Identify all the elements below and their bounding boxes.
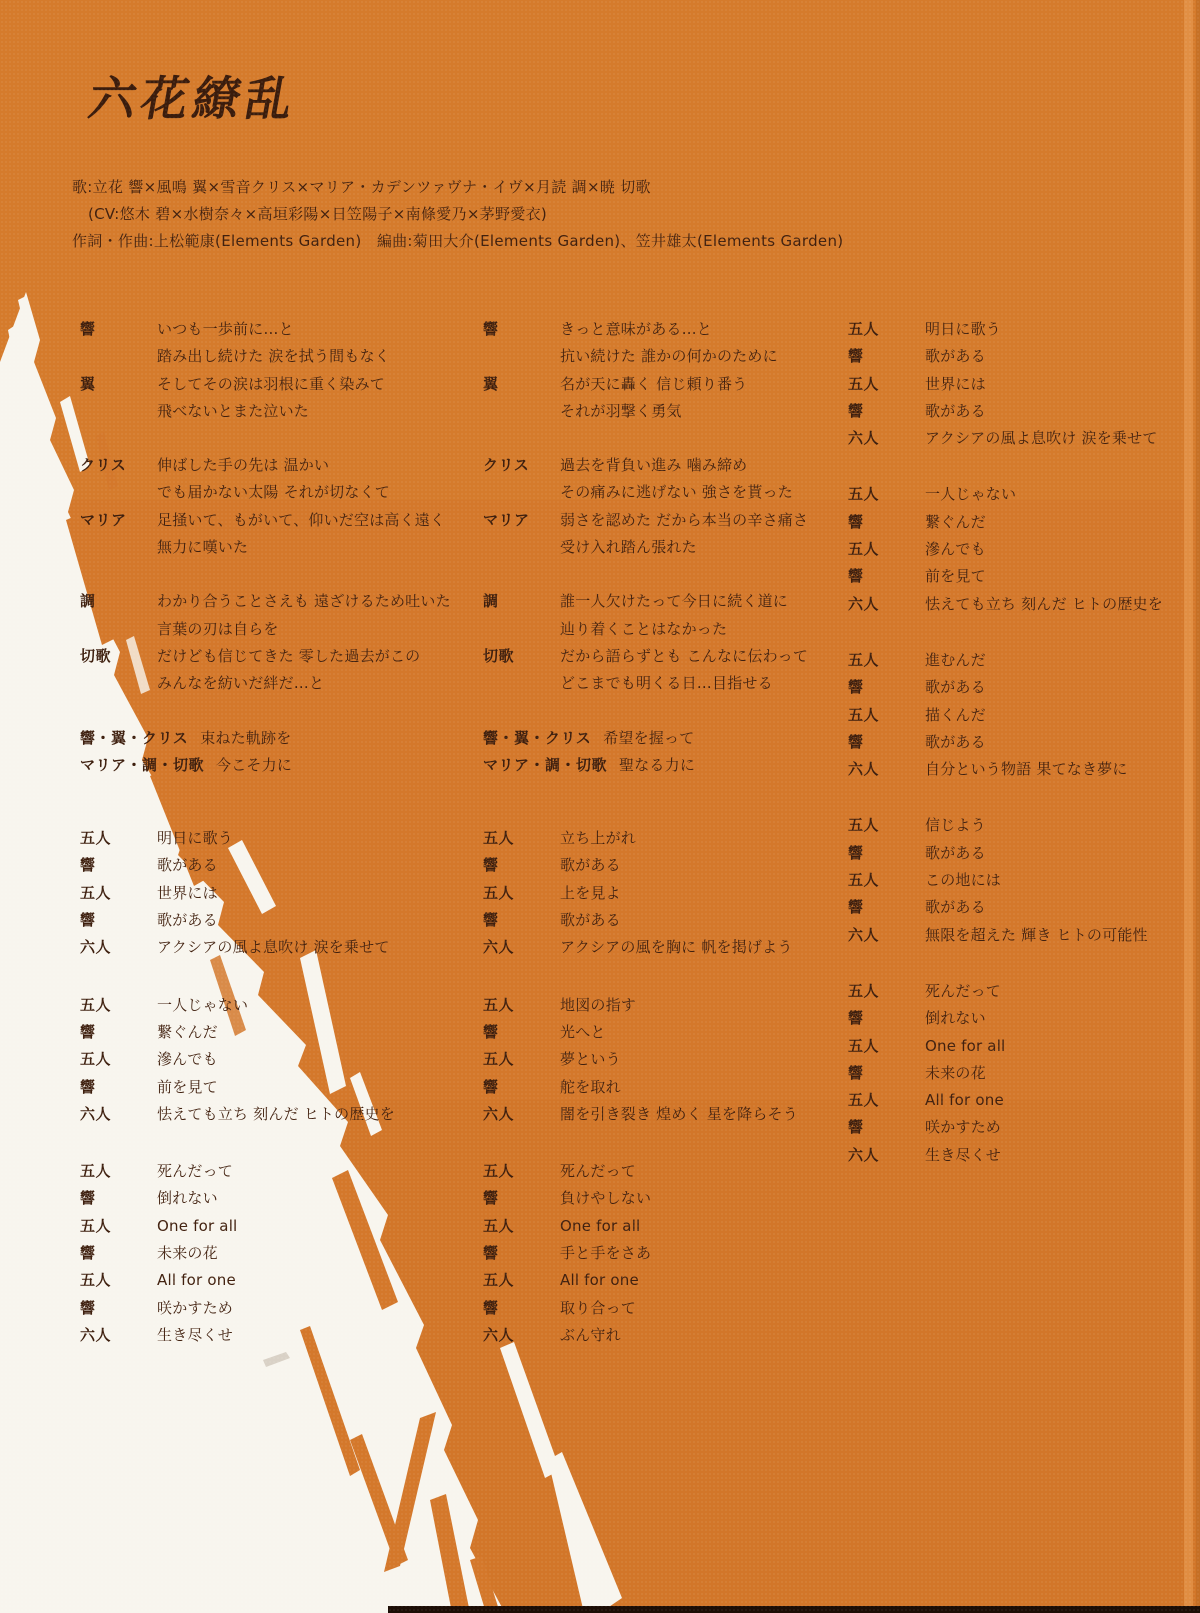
lyric-text: だから語らずとも こんなに伝わって <box>560 643 808 670</box>
lyric-text: 未来の花 <box>157 1240 218 1267</box>
lyric-text: 前を見て <box>157 1074 218 1101</box>
lyrics-column-3: 五人明日に歌う響歌がある五人世界には響歌がある六人アクシアの風よ息吹け 涙を乗せ… <box>848 316 1163 1169</box>
singer-label: 五人 <box>483 1158 560 1185</box>
singer-label: 響 <box>483 1295 560 1322</box>
lyric-text: みんなを紡いだ絆だ…と <box>157 670 324 697</box>
lyric-line: 響歌がある <box>848 343 1163 370</box>
singer-label: 響 <box>80 1185 157 1212</box>
singer-label: 五人 <box>483 1213 560 1240</box>
lyric-text: だけども信じてきた 零した過去がこの <box>157 643 420 670</box>
lyric-text: 舵を取れ <box>560 1074 621 1101</box>
lyric-line: 響歌がある <box>848 894 1163 921</box>
lyric-line: 五人All for one <box>483 1267 808 1294</box>
lyric-text: 歌がある <box>157 852 218 879</box>
lyric-text: アクシアの風よ息吹け 涙を乗せて <box>157 934 390 961</box>
lyric-text: 無力に嘆いた <box>157 534 248 561</box>
lyric-text: 歌がある <box>925 894 986 921</box>
singer-label: 五人 <box>848 1087 925 1114</box>
singer-label: 五人 <box>483 992 560 1019</box>
lyric-line: 五人死んだって <box>848 978 1163 1005</box>
singer-label: 翼 <box>483 371 560 398</box>
lyric-line: 響・翼・クリス希望を握って <box>483 725 808 752</box>
lyric-text: 希望を握って <box>603 725 694 752</box>
singer-label: 響 <box>848 343 925 370</box>
lyric-line: 六人無限を超えた 輝き ヒトの可能性 <box>848 922 1163 949</box>
lyric-text: 生き尽くせ <box>157 1322 233 1349</box>
singer-label: 六人 <box>483 934 560 961</box>
lyric-line: 響手と手をさあ <box>483 1240 808 1267</box>
lyric-text: 無限を超えた 輝き ヒトの可能性 <box>925 922 1148 949</box>
lyric-text: アクシアの風よ息吹け 涙を乗せて <box>925 425 1158 452</box>
singer-label: 響 <box>80 1295 157 1322</box>
singer-label: 響 <box>848 894 925 921</box>
lyric-text: 歌がある <box>925 343 986 370</box>
lyric-text: 咲かすため <box>157 1295 233 1322</box>
lyric-line: 響歌がある <box>80 907 451 934</box>
lyric-text: 倒れない <box>157 1185 218 1212</box>
lyric-line: クリス伸ばした手の先は 温かい <box>80 452 451 479</box>
singer-label: 響・翼・クリス <box>483 725 603 752</box>
singer-label: マリア <box>483 507 560 534</box>
lyric-text: 上を見よ <box>560 880 621 907</box>
singer-label: 翼 <box>80 371 157 398</box>
singer-label: 六人 <box>848 591 925 618</box>
singer-label: 六人 <box>848 1142 925 1169</box>
lyric-group: 響・翼・クリス束ねた軌跡をマリア・調・切歌今こそ力に <box>80 725 451 780</box>
lyric-line: 踏み出し続けた 涙を拭う間もなく <box>80 343 451 370</box>
lyric-line: 無力に嘆いた <box>80 534 451 561</box>
lyric-line: 響歌がある <box>80 852 451 879</box>
lyric-line: 響舵を取れ <box>483 1074 808 1101</box>
singer-label: 響 <box>483 316 560 343</box>
bottom-edge-strip <box>388 1606 1200 1613</box>
lyric-line: 響歌がある <box>848 674 1163 701</box>
singer-label: 響 <box>80 1240 157 1267</box>
lyric-line: 六人アクシアの風よ息吹け 涙を乗せて <box>848 425 1163 452</box>
singer-label: マリア・調・切歌 <box>483 752 619 779</box>
singer-label: 五人 <box>483 825 560 852</box>
lyric-line: 六人闇を引き裂き 煌めく 星を降らそう <box>483 1101 808 1128</box>
lyric-text: いつも一歩前に…と <box>157 316 294 343</box>
lyric-text: 死んだって <box>925 978 1001 1005</box>
lyric-line: 響歌がある <box>848 398 1163 425</box>
lyric-text: 繋ぐんだ <box>157 1019 218 1046</box>
singer-label: 五人 <box>483 880 560 907</box>
lyric-group: 五人明日に歌う響歌がある五人世界には響歌がある六人アクシアの風よ息吹け 涙を乗せ… <box>848 316 1163 452</box>
lyric-text: 歌がある <box>560 907 621 934</box>
lyric-line: 五人信じよう <box>848 812 1163 839</box>
lyric-line: 響歌がある <box>483 852 808 879</box>
singer-label: 響 <box>483 1074 560 1101</box>
lyric-line: 六人怯えても立ち 刻んだ ヒトの歴史を <box>848 591 1163 618</box>
lyric-line: 抗い続けた 誰かの何かのために <box>483 343 808 370</box>
singer-label: 五人 <box>848 536 925 563</box>
lyric-line: 五人死んだって <box>80 1158 451 1185</box>
lyric-group: 五人進むんだ響歌がある五人描くんだ響歌がある六人自分という物語 果てなき夢に <box>848 647 1163 783</box>
lyric-line: 調わかり合うことさえも 遠ざけるため吐いた <box>80 588 451 615</box>
lyric-group: クリス過去を背負い進み 噛み締めその痛みに逃げない 強さを貰ったマリア弱さを認め… <box>483 452 808 561</box>
lyric-text: 足掻いて、もがいて、仰いだ空は高く遠く <box>157 507 445 534</box>
lyric-line: 五人進むんだ <box>848 647 1163 674</box>
lyric-line: 五人立ち上がれ <box>483 825 808 852</box>
lyric-group: 五人明日に歌う響歌がある五人世界には響歌がある六人アクシアの風よ息吹け 涙を乗せ… <box>80 825 451 961</box>
singer-label: 五人 <box>848 1033 925 1060</box>
lyric-group: 響・翼・クリス希望を握ってマリア・調・切歌聖なる力に <box>483 725 808 780</box>
lyric-text: 明日に歌う <box>925 316 1001 343</box>
singer-label: 響 <box>483 852 560 879</box>
lyric-text: 怯えても立ち 刻んだ ヒトの歴史を <box>157 1101 395 1128</box>
lyric-line: 五人滲んでも <box>80 1046 451 1073</box>
lyric-line: 五人One for all <box>848 1033 1163 1060</box>
lyric-line: 飛べないとまた泣いた <box>80 398 451 425</box>
lyric-text: 伸ばした手の先は 温かい <box>157 452 329 479</box>
lyric-text: 負けやしない <box>560 1185 651 1212</box>
singer-label: 響 <box>80 316 157 343</box>
lyric-text: 世界には <box>157 880 218 907</box>
lyric-group: 五人死んだって響倒れない五人One for all響未来の花五人All for … <box>848 978 1163 1169</box>
lyric-line: 切歌だけども信じてきた 零した過去がこの <box>80 643 451 670</box>
singer-label: 五人 <box>483 1267 560 1294</box>
lyric-text: All for one <box>925 1087 1004 1114</box>
lyric-text: 地図の指す <box>560 992 636 1019</box>
lyric-line: 受け入れ踏ん張れた <box>483 534 808 561</box>
lyric-group: 五人死んだって響負けやしない五人One for all響手と手をさあ五人All … <box>483 1158 808 1349</box>
lyric-line: 五人死んだって <box>483 1158 808 1185</box>
lyrics-booklet-page: 六花繚乱 歌:立花 響×風鳴 翼×雪音クリス×マリア・カデンツァヴナ・イヴ×月読… <box>0 0 1200 1613</box>
singer-label: 五人 <box>80 825 157 852</box>
lyric-line: 五人明日に歌う <box>80 825 451 852</box>
singer-label: 六人 <box>483 1101 560 1128</box>
singer-label: 六人 <box>80 934 157 961</box>
singer-label: 響 <box>848 509 925 536</box>
lyric-line: 五人この地には <box>848 867 1163 894</box>
lyric-line: 六人生き尽くせ <box>80 1322 451 1349</box>
lyrics-column-2: 響きっと意味がある…と抗い続けた 誰かの何かのために翼名が天に轟く 信じ頼り番う… <box>483 316 808 1349</box>
lyric-group: 五人一人じゃない響繋ぐんだ五人滲んでも響前を見て六人怯えても立ち 刻んだ ヒトの… <box>848 481 1163 617</box>
lyric-text: 信じよう <box>925 812 986 839</box>
singer-label: 響 <box>483 907 560 934</box>
singer-label: クリス <box>483 452 560 479</box>
singer-label: 響 <box>483 1019 560 1046</box>
lyric-text: 歌がある <box>560 852 621 879</box>
lyric-line: 六人アクシアの風よ息吹け 涙を乗せて <box>80 934 451 961</box>
singer-label: 響 <box>848 563 925 590</box>
lyric-line: 調誰一人欠けたって今日に続く道に <box>483 588 808 615</box>
lyric-text: 死んだって <box>560 1158 636 1185</box>
lyric-text: 明日に歌う <box>157 825 233 852</box>
lyric-line: 響倒れない <box>848 1005 1163 1032</box>
lyric-text: 前を見て <box>925 563 986 590</box>
singer-label: 響 <box>80 1019 157 1046</box>
lyric-text: 名が天に轟く 信じ頼り番う <box>560 371 747 398</box>
lyric-line: 響歌がある <box>848 840 1163 867</box>
singer-label: 五人 <box>848 647 925 674</box>
page-edge-shadow <box>1196 0 1200 1613</box>
singer-label: 響 <box>80 907 157 934</box>
lyric-text: 踏み出し続けた 涙を拭う間もなく <box>157 343 390 370</box>
lyric-text: 描くんだ <box>925 702 986 729</box>
singer-label: 五人 <box>80 1046 157 1073</box>
singer-label: クリス <box>80 452 157 479</box>
lyric-text: そしてその涙は羽根に重く染みて <box>157 371 385 398</box>
lyric-line: 響きっと意味がある…と <box>483 316 808 343</box>
lyric-text: 抗い続けた 誰かの何かのために <box>560 343 778 370</box>
lyric-group: 五人死んだって響倒れない五人One for all響未来の花五人All for … <box>80 1158 451 1349</box>
lyric-text: 受け入れ踏ん張れた <box>560 534 697 561</box>
lyric-text: All for one <box>560 1267 639 1294</box>
lyric-group: 響きっと意味がある…と抗い続けた 誰かの何かのために翼名が天に轟く 信じ頼り番う… <box>483 316 808 425</box>
lyric-text: 束ねた軌跡を <box>200 725 291 752</box>
lyric-text: 辿り着くことはなかった <box>560 616 727 643</box>
lyric-text: 過去を背負い進み 噛み締め <box>560 452 747 479</box>
singer-label: マリア <box>80 507 157 534</box>
lyric-group: 五人信じよう響歌がある五人この地には響歌がある六人無限を超えた 輝き ヒトの可能… <box>848 812 1163 948</box>
lyric-line: 五人一人じゃない <box>848 481 1163 508</box>
lyric-text: One for all <box>560 1213 640 1240</box>
singer-label: 五人 <box>848 371 925 398</box>
singer-label: 調 <box>483 588 560 615</box>
lyric-line: 響繋ぐんだ <box>80 1019 451 1046</box>
singer-label: 五人 <box>80 1158 157 1185</box>
lyric-line: 響・翼・クリス束ねた軌跡を <box>80 725 451 752</box>
singer-label: 五人 <box>80 992 157 1019</box>
lyric-line: 翼そしてその涙は羽根に重く染みて <box>80 371 451 398</box>
lyric-line: 響いつも一歩前に…と <box>80 316 451 343</box>
singer-label: 五人 <box>80 880 157 907</box>
singer-label: 六人 <box>848 756 925 783</box>
lyric-line: 六人生き尽くせ <box>848 1142 1163 1169</box>
page-edge-highlight <box>1184 0 1193 1613</box>
lyric-text: 飛べないとまた泣いた <box>157 398 309 425</box>
lyric-group: 調誰一人欠けたって今日に続く道に辿り着くことはなかった切歌だから語らずとも こん… <box>483 588 808 697</box>
singer-label: 切歌 <box>80 643 157 670</box>
lyric-line: それが羽撃く勇気 <box>483 398 808 425</box>
lyric-text: 一人じゃない <box>925 481 1016 508</box>
singer-label: 五人 <box>80 1213 157 1240</box>
lyric-line: どこまでも明くる日…目指せる <box>483 670 808 697</box>
lyric-text: それが羽撃く勇気 <box>560 398 682 425</box>
lyric-line: 翼名が天に轟く 信じ頼り番う <box>483 371 808 398</box>
lyric-text: 滲んでも <box>157 1046 218 1073</box>
singer-label: 響 <box>483 1185 560 1212</box>
lyric-line: 五人一人じゃない <box>80 992 451 1019</box>
lyric-text: One for all <box>157 1213 237 1240</box>
lyric-text: 一人じゃない <box>157 992 248 1019</box>
lyric-text: 立ち上がれ <box>560 825 636 852</box>
singer-label: 六人 <box>848 425 925 452</box>
credit-vocalists: 歌:立花 響×風鳴 翼×雪音クリス×マリア・カデンツァヴナ・イヴ×月読 調×暁 … <box>72 174 843 201</box>
lyric-line: 響前を見て <box>848 563 1163 590</box>
lyric-text: 世界には <box>925 371 986 398</box>
lyric-text: One for all <box>925 1033 1005 1060</box>
singer-label: 響 <box>848 674 925 701</box>
lyric-text: 怯えても立ち 刻んだ ヒトの歴史を <box>925 591 1163 618</box>
lyric-line: 六人ぶん守れ <box>483 1322 808 1349</box>
lyric-line: マリア足掻いて、もがいて、仰いだ空は高く遠く <box>80 507 451 534</box>
lyric-line: 五人地図の指す <box>483 992 808 1019</box>
singer-label: 響・翼・クリス <box>80 725 200 752</box>
singer-label: 六人 <box>80 1101 157 1128</box>
lyric-text: 弱さを認めた だから本当の辛さ痛さ <box>560 507 808 534</box>
singer-label: 六人 <box>80 1322 157 1349</box>
lyric-text: 自分という物語 果てなき夢に <box>925 756 1128 783</box>
lyric-line: 言葉の刃は自らを <box>80 616 451 643</box>
lyric-line: マリア・調・切歌今こそ力に <box>80 752 451 779</box>
lyric-line: 響咲かすため <box>80 1295 451 1322</box>
lyric-text: わかり合うことさえも 遠ざけるため吐いた <box>157 588 451 615</box>
lyric-text: 進むんだ <box>925 647 986 674</box>
lyric-text: この地には <box>925 867 1001 894</box>
singer-label: 響 <box>848 729 925 756</box>
singer-label: 響 <box>483 1240 560 1267</box>
lyric-line: 五人上を見よ <box>483 880 808 907</box>
lyric-text: どこまでも明くる日…目指せる <box>560 670 773 697</box>
lyric-line: 五人All for one <box>80 1267 451 1294</box>
lyric-line: 響負けやしない <box>483 1185 808 1212</box>
lyric-text: 未来の花 <box>925 1060 986 1087</box>
lyric-line: 五人One for all <box>80 1213 451 1240</box>
lyric-text: 歌がある <box>157 907 218 934</box>
lyric-line: 六人アクシアの風を胸に 帆を掲げよう <box>483 934 808 961</box>
lyric-text: 歌がある <box>925 729 986 756</box>
singer-label: 五人 <box>80 1267 157 1294</box>
singer-label: マリア・調・切歌 <box>80 752 216 779</box>
lyric-line: その痛みに逃げない 強さを貰った <box>483 479 808 506</box>
singer-label: 五人 <box>848 978 925 1005</box>
lyric-text: 誰一人欠けたって今日に続く道に <box>560 588 788 615</box>
singer-label: 五人 <box>848 316 925 343</box>
singer-label: 響 <box>848 398 925 425</box>
credits-block: 歌:立花 響×風鳴 翼×雪音クリス×マリア・カデンツァヴナ・イヴ×月読 調×暁 … <box>72 174 843 255</box>
lyric-text: All for one <box>157 1267 236 1294</box>
lyric-line: みんなを紡いだ絆だ…と <box>80 670 451 697</box>
singer-label: 五人 <box>848 481 925 508</box>
singer-label: 五人 <box>483 1046 560 1073</box>
lyric-line: 五人明日に歌う <box>848 316 1163 343</box>
lyric-text: 取り合って <box>560 1295 636 1322</box>
lyric-group: 五人地図の指す響光へと五人夢という響舵を取れ六人闇を引き裂き 煌めく 星を降らそ… <box>483 992 808 1128</box>
lyric-text: きっと意味がある…と <box>560 316 712 343</box>
lyric-text: 咲かすため <box>925 1114 1001 1141</box>
lyric-text: 言葉の刃は自らを <box>157 616 279 643</box>
lyric-text: 光へと <box>560 1019 606 1046</box>
lyric-line: 響歌がある <box>848 729 1163 756</box>
singer-label: 響 <box>848 840 925 867</box>
singer-label: 六人 <box>848 922 925 949</box>
lyric-line: 切歌だから語らずとも こんなに伝わって <box>483 643 808 670</box>
lyric-text: 聖なる力に <box>619 752 695 779</box>
lyric-text: 夢という <box>560 1046 621 1073</box>
lyric-text: 歌がある <box>925 840 986 867</box>
lyric-text: 闇を引き裂き 煌めく 星を降らそう <box>560 1101 798 1128</box>
lyric-text: でも届かない太陽 それが切なくて <box>157 479 390 506</box>
lyric-line: 響歌がある <box>483 907 808 934</box>
singer-label: 響 <box>80 852 157 879</box>
lyric-line: 響未来の花 <box>848 1060 1163 1087</box>
lyric-group: 調わかり合うことさえも 遠ざけるため吐いた言葉の刃は自らを切歌だけども信じてきた… <box>80 588 451 697</box>
lyric-group: 五人一人じゃない響繋ぐんだ五人滲んでも響前を見て六人怯えても立ち 刻んだ ヒトの… <box>80 992 451 1128</box>
singer-label: 響 <box>80 1074 157 1101</box>
singer-label: 響 <box>848 1060 925 1087</box>
lyrics-column-1: 響いつも一歩前に…と踏み出し続けた 涙を拭う間もなく翼そしてその涙は羽根に重く染… <box>80 316 451 1349</box>
lyric-text: 今こそ力に <box>216 752 292 779</box>
lyric-line: 五人夢という <box>483 1046 808 1073</box>
lyric-line: でも届かない太陽 それが切なくて <box>80 479 451 506</box>
lyric-line: 響繋ぐんだ <box>848 509 1163 536</box>
lyric-line: 響前を見て <box>80 1074 451 1101</box>
lyric-line: 響光へと <box>483 1019 808 1046</box>
singer-label: 響 <box>848 1005 925 1032</box>
lyric-line: クリス過去を背負い進み 噛み締め <box>483 452 808 479</box>
lyric-group: クリス伸ばした手の先は 温かいでも届かない太陽 それが切なくてマリア足掻いて、も… <box>80 452 451 561</box>
singer-label: 調 <box>80 588 157 615</box>
lyric-line: 響倒れない <box>80 1185 451 1212</box>
singer-label: 六人 <box>483 1322 560 1349</box>
singer-label: 切歌 <box>483 643 560 670</box>
lyric-line: 六人自分という物語 果てなき夢に <box>848 756 1163 783</box>
lyric-line: 五人世界には <box>80 880 451 907</box>
singer-label: 五人 <box>848 812 925 839</box>
lyric-text: 歌がある <box>925 398 986 425</box>
lyric-text: 手と手をさあ <box>560 1240 651 1267</box>
lyric-text: ぶん守れ <box>560 1322 621 1349</box>
lyric-line: 五人One for all <box>483 1213 808 1240</box>
lyric-line: 辿り着くことはなかった <box>483 616 808 643</box>
lyric-line: 響咲かすため <box>848 1114 1163 1141</box>
lyric-text: 繋ぐんだ <box>925 509 986 536</box>
lyric-group: 五人立ち上がれ響歌がある五人上を見よ響歌がある六人アクシアの風を胸に 帆を掲げよ… <box>483 825 808 961</box>
lyric-line: 六人怯えても立ち 刻んだ ヒトの歴史を <box>80 1101 451 1128</box>
lyric-text: 死んだって <box>157 1158 233 1185</box>
lyric-text: その痛みに逃げない 強さを貰った <box>560 479 793 506</box>
credit-cv: (CV:悠木 碧×水樹奈々×高垣彩陽×日笠陽子×南條愛乃×茅野愛衣) <box>72 201 843 228</box>
lyric-line: 響未来の花 <box>80 1240 451 1267</box>
lyric-line: 五人All for one <box>848 1087 1163 1114</box>
lyric-line: 五人世界には <box>848 371 1163 398</box>
lyric-text: アクシアの風を胸に 帆を掲げよう <box>560 934 793 961</box>
singer-label: 響 <box>848 1114 925 1141</box>
lyric-line: 五人滲んでも <box>848 536 1163 563</box>
lyric-text: 滲んでも <box>925 536 986 563</box>
singer-label: 五人 <box>848 867 925 894</box>
lyric-line: 五人描くんだ <box>848 702 1163 729</box>
lyric-line: マリア弱さを認めた だから本当の辛さ痛さ <box>483 507 808 534</box>
singer-label: 五人 <box>848 702 925 729</box>
lyric-line: マリア・調・切歌聖なる力に <box>483 752 808 779</box>
lyric-text: 歌がある <box>925 674 986 701</box>
credit-composers: 作詞・作曲:上松範康(Elements Garden) 編曲:菊田大介(Elem… <box>72 228 843 255</box>
lyric-group: 響いつも一歩前に…と踏み出し続けた 涙を拭う間もなく翼そしてその涙は羽根に重く染… <box>80 316 451 425</box>
lyric-text: 倒れない <box>925 1005 986 1032</box>
lyric-line: 響取り合って <box>483 1295 808 1322</box>
lyric-text: 生き尽くせ <box>925 1142 1001 1169</box>
song-title: 六花繚乱 <box>84 62 304 129</box>
